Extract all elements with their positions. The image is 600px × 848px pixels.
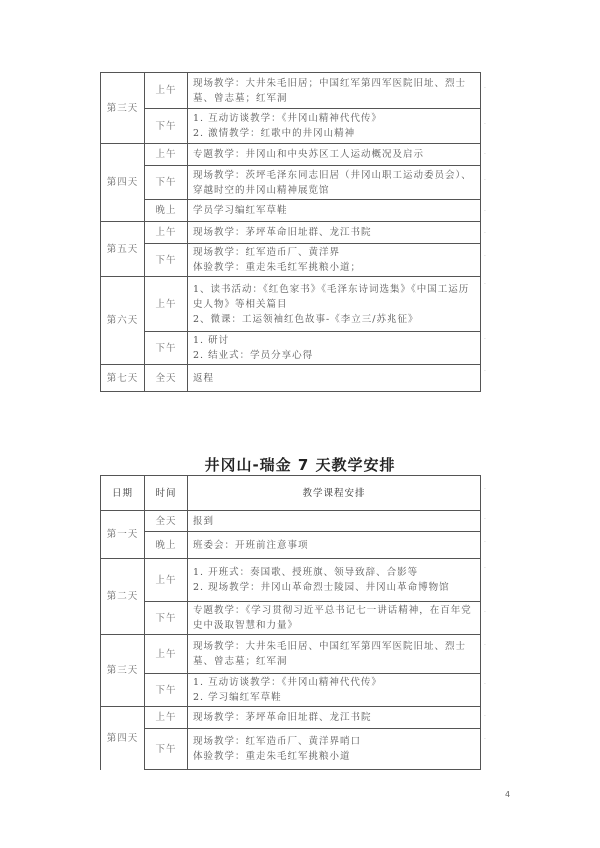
page-number: 4	[505, 790, 510, 799]
paragraph-mark: ·	[484, 178, 487, 181]
content-line: 现场教学：大井朱毛旧居、中国红军第四军医院旧址、烈士墓、曾志墓；红军洞	[193, 639, 476, 669]
content-cell: 1. 互动访谈教学：《井冈山精神代代传》 2. 学习编红军草鞋	[188, 674, 481, 707]
time-cell: 晚上	[145, 532, 188, 559]
paragraph-mark: ·	[484, 517, 487, 520]
table-row: 晚上 班委会：开班前注意事项	[101, 532, 481, 559]
content-cell: 现场教学：红军造币厂、黄洋界 体验教学：重走朱毛红军挑粮小道；	[188, 244, 481, 277]
time-cell: 上午	[145, 73, 188, 109]
content-line: 2. 结业式：学员分享心得	[193, 348, 476, 363]
day-cell: 第四天	[101, 707, 145, 770]
content-cell: 专题教学：《学习贯彻习近平总书记七一讲话精神，在百年党史中汲取智慧和力量》	[188, 602, 481, 635]
paragraph-mark: ·	[484, 487, 487, 490]
table-row: 下午 1. 互动访谈教学：《井冈山精神代代传》 2. 学习编红军草鞋	[101, 674, 481, 707]
paragraph-mark: ·	[484, 737, 487, 740]
time-cell: 下午	[145, 109, 188, 144]
table-row: 第一天 全天 报到	[101, 511, 481, 532]
paragraph-mark: ·	[484, 337, 487, 340]
paragraph-mark: ·	[484, 643, 487, 646]
day-cell: 第六天	[101, 277, 145, 365]
table-row: 第四天 上午 专题教学：井冈山和中央苏区工人运动概况及启示	[101, 144, 481, 166]
time-cell: 上午	[145, 559, 188, 602]
content-line: 现场教学：红军造币厂、黄洋界	[193, 245, 476, 260]
paragraph-mark: ·	[484, 566, 487, 569]
table-row: 下午 专题教学：《学习贯彻习近平总书记七一讲话精神，在百年党史中汲取智慧和力量》	[101, 602, 481, 635]
content-line: 返程	[193, 371, 476, 386]
content-cell: 现场教学：茅坪革命旧址群、龙江书院	[188, 707, 481, 729]
paragraph-mark: ·	[484, 231, 487, 234]
content-line: 1. 开班式：奏国歌、授班旗、领导致辞、合影等	[193, 565, 476, 580]
time-cell: 上午	[145, 707, 188, 729]
content-line: 1、读书活动：《红色家书》《毛泽东诗词选集》《中国工运历史人物》等相关篇目	[193, 282, 476, 312]
content-line: 现场教学：茅坪革命旧址群、龙江书院	[193, 225, 476, 240]
content-line: 2. 激情教学：红歌中的井冈山精神	[193, 126, 476, 141]
content-cell: 现场教学：茨坪毛泽东同志旧居（井冈山职工运动委员会）、穿越时空的井冈山精神展览馆	[188, 166, 481, 200]
time-cell: 全天	[145, 511, 188, 532]
paragraph-mark: ·	[484, 122, 487, 125]
time-cell: 上午	[145, 144, 188, 166]
table-header-row: 日期 时间 教学课程安排	[101, 476, 481, 511]
schedule-table: 日期 时间 教学课程安排 第一天 全天 报到 晚上 班委会：开班前注意事项 第二	[100, 475, 481, 770]
day-cell: 第三天	[101, 73, 145, 144]
paragraph-mark: ·	[484, 152, 487, 155]
content-line: 专题教学：井冈山和中央苏区工人运动概况及启示	[193, 147, 476, 162]
content-cell: 现场教学：红军造币厂、黄洋界哨口 体验教学：重走朱毛红军挑粮小道	[188, 729, 481, 770]
content-cell: 现场教学：大井朱毛旧居；中国红军第四军医院旧址、烈士墓、曾志墓；红军洞	[188, 73, 481, 109]
content-line: 现场教学：茨坪毛泽东同志旧居（井冈山职工运动委员会）、穿越时空的井冈山精神展览馆	[193, 168, 476, 198]
content-cell: 报到	[188, 511, 481, 532]
content-line: 1. 互动访谈教学：《井冈山精神代代传》	[193, 675, 476, 690]
content-line: 现场教学：大井朱毛旧居；中国红军第四军医院旧址、烈士墓、曾志墓；红军洞	[193, 76, 476, 106]
document-page: 第三天 上午 现场教学：大井朱毛旧居；中国红军第四军医院旧址、烈士墓、曾志墓；红…	[0, 0, 600, 848]
content-line: 报到	[193, 514, 476, 529]
content-cell: 现场教学：大井朱毛旧居、中国红军第四军医院旧址、烈士墓、曾志墓；红军洞	[188, 635, 481, 674]
time-cell: 下午	[145, 332, 188, 365]
time-cell: 上午	[145, 277, 188, 332]
paragraph-mark: ·	[484, 209, 487, 212]
content-line: 学员学习编红军草鞋	[193, 203, 476, 218]
continued-schedule-table: 第三天 上午 现场教学：大井朱毛旧居；中国红军第四军医院旧址、烈士墓、曾志墓；红…	[100, 72, 481, 392]
table-row: 第六天 上午 1、读书活动：《红色家书》《毛泽东诗词选集》《中国工运历史人物》等…	[101, 277, 481, 332]
content-line: 现场教学：红军造币厂、黄洋界哨口	[193, 734, 476, 749]
table-row: 下午 1. 研讨 2. 结业式：学员分享心得	[101, 332, 481, 365]
content-line: 班委会：开班前注意事项	[193, 538, 476, 553]
time-cell: 全天	[145, 365, 188, 392]
table-row: 第三天 上午 现场教学：大井朱毛旧居、中国红军第四军医院旧址、烈士墓、曾志墓；红…	[101, 635, 481, 674]
content-cell: 1. 互动访谈教学：《井冈山精神代代传》 2. 激情教学：红歌中的井冈山精神	[188, 109, 481, 144]
table-row: 第五天 上午 现场教学：茅坪革命旧址群、龙江书院	[101, 222, 481, 244]
content-line: 现场教学：茅坪革命旧址群、龙江书院	[193, 710, 476, 725]
paragraph-mark: ·	[484, 282, 487, 285]
table-row: 下午 现场教学：红军造币厂、黄洋界 体验教学：重走朱毛红军挑粮小道；	[101, 244, 481, 277]
paragraph-mark: ·	[484, 540, 487, 543]
day-cell: 第五天	[101, 222, 145, 277]
content-cell: 1. 研讨 2. 结业式：学员分享心得	[188, 332, 481, 365]
header-date: 日期	[101, 476, 145, 511]
content-line: 2. 现场教学：井冈山革命烈士陵园、井冈山革命博物馆	[193, 580, 476, 595]
document-title: 井冈山-瑞金 7 天教学安排	[0, 454, 600, 475]
content-cell: 班委会：开班前注意事项	[188, 532, 481, 559]
time-cell: 下午	[145, 674, 188, 707]
table-row: 下午 1. 互动访谈教学：《井冈山精神代代传》 2. 激情教学：红歌中的井冈山精…	[101, 109, 481, 144]
paragraph-mark: ·	[484, 610, 487, 613]
table-row: 第二天 上午 1. 开班式：奏国歌、授班旗、领导致辞、合影等 2. 现场教学：井…	[101, 559, 481, 602]
table-row: 下午 现场教学：茨坪毛泽东同志旧居（井冈山职工运动委员会）、穿越时空的井冈山精神…	[101, 166, 481, 200]
content-cell: 1、读书活动：《红色家书》《毛泽东诗词选集》《中国工运历史人物》等相关篇目 2、…	[188, 277, 481, 332]
content-line: 2. 学习编红军草鞋	[193, 690, 476, 705]
time-cell: 下午	[145, 166, 188, 200]
content-line: 体验教学：重走朱毛红军挑粮小道	[193, 749, 476, 764]
time-cell: 下午	[145, 602, 188, 635]
time-cell: 晚上	[145, 200, 188, 222]
paragraph-mark: ·	[484, 254, 487, 257]
content-cell: 现场教学：茅坪革命旧址群、龙江书院	[188, 222, 481, 244]
day-cell: 第四天	[101, 144, 145, 222]
time-cell: 上午	[145, 222, 188, 244]
content-cell: 专题教学：井冈山和中央苏区工人运动概况及启示	[188, 144, 481, 166]
content-line: 体验教学：重走朱毛红军挑粮小道；	[193, 260, 476, 275]
content-cell: 返程	[188, 365, 481, 392]
day-cell: 第七天	[101, 365, 145, 392]
content-cell: 1. 开班式：奏国歌、授班旗、领导致辞、合影等 2. 现场教学：井冈山革命烈士陵…	[188, 559, 481, 602]
header-time: 时间	[145, 476, 188, 511]
day-cell: 第一天	[101, 511, 145, 559]
content-cell: 学员学习编红军草鞋	[188, 200, 481, 222]
paragraph-mark: ·	[484, 714, 487, 717]
table-row: 下午 现场教学：红军造币厂、黄洋界哨口 体验教学：重走朱毛红军挑粮小道	[101, 729, 481, 770]
header-content: 教学课程安排	[188, 476, 481, 511]
paragraph-mark: ·	[484, 86, 487, 89]
table-row: 第三天 上午 现场教学：大井朱毛旧居；中国红军第四军医院旧址、烈士墓、曾志墓；红…	[101, 73, 481, 109]
table-row: 晚上 学员学习编红军草鞋	[101, 200, 481, 222]
day-cell: 第二天	[101, 559, 145, 635]
paragraph-mark: ·	[484, 682, 487, 685]
table-row: 第七天 全天 返程	[101, 365, 481, 392]
content-line: 专题教学：《学习贯彻习近平总书记七一讲话精神，在百年党史中汲取智慧和力量》	[193, 603, 476, 633]
table-row: 第四天 上午 现场教学：茅坪革命旧址群、龙江书院	[101, 707, 481, 729]
content-line: 2、微课：工运领袖红色故事-《李立三/苏兆征》	[193, 312, 476, 327]
paragraph-mark: ·	[484, 369, 487, 372]
day-cell: 第三天	[101, 635, 145, 707]
content-line: 1. 研讨	[193, 333, 476, 348]
time-cell: 下午	[145, 729, 188, 770]
content-line: 1. 互动访谈教学：《井冈山精神代代传》	[193, 111, 476, 126]
time-cell: 上午	[145, 635, 188, 674]
time-cell: 下午	[145, 244, 188, 277]
